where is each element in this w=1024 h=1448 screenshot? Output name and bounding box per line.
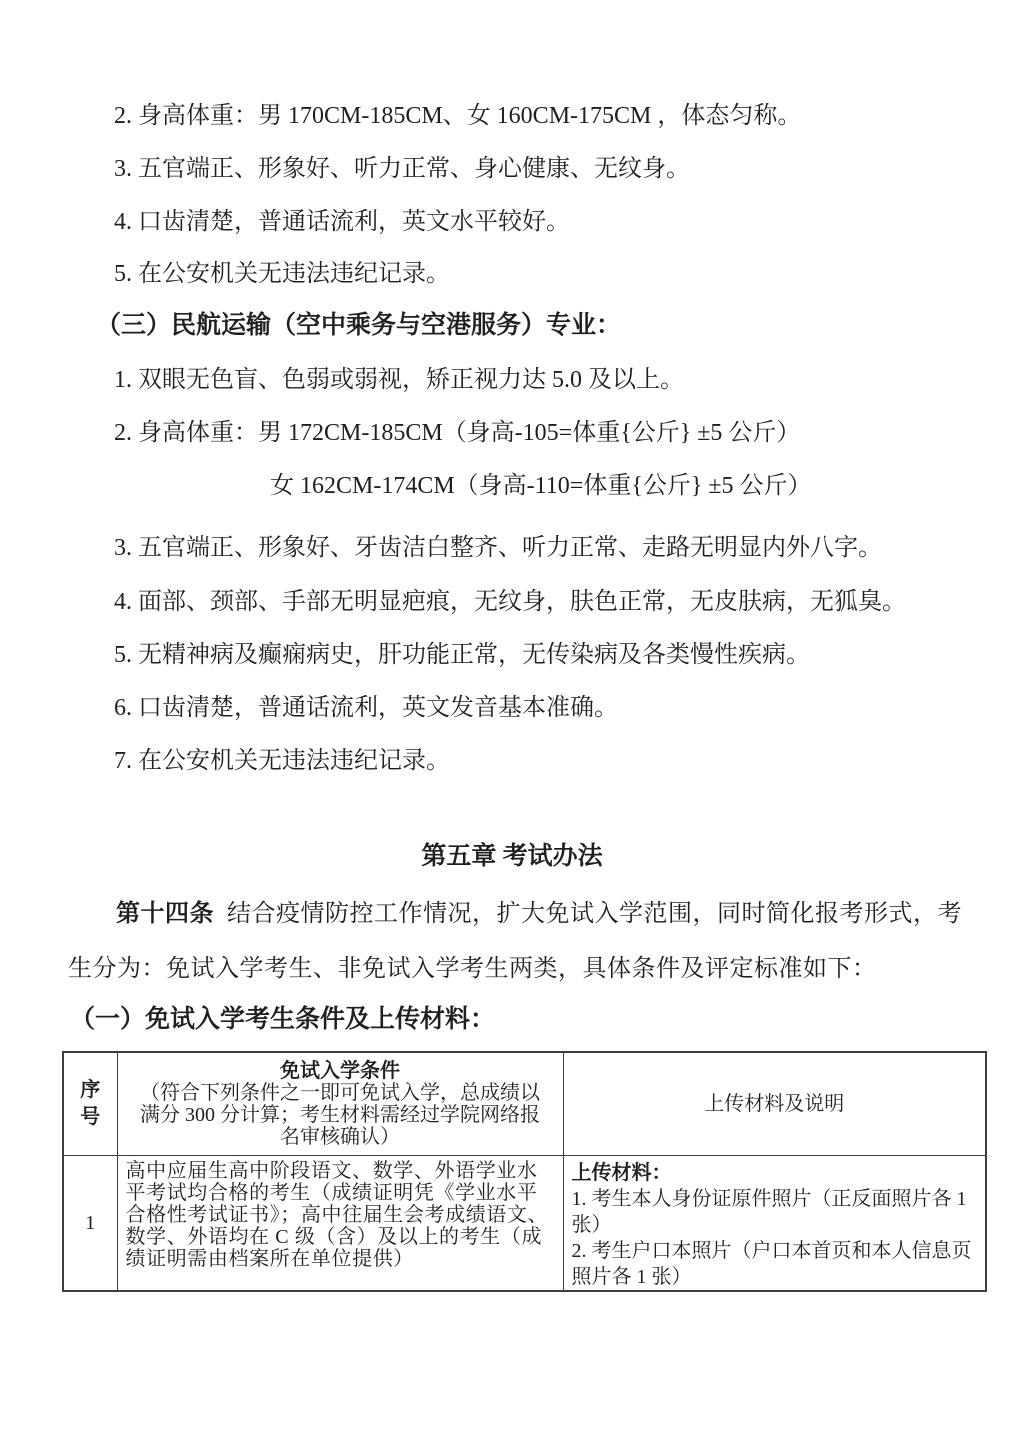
row1-number-cell: 1: [63, 1156, 117, 1292]
list-a-item-5: 5. 在公安机关无违法违纪记录。: [66, 259, 1010, 289]
list-a-item-3: 3. 五官端正、形象好、听力正常、身心健康、无纹身。: [66, 154, 1010, 184]
table-row-1: 1 高中应届生高中阶段语文、数学、外语学业水 平考试均合格的考生（成绩证明凭《学…: [63, 1156, 986, 1292]
table-header-row: 序号 免试入学条件 （符合下列条件之一即可免试入学，总成绩以 满分 300 分计…: [63, 1052, 986, 1156]
list-a-item-2: 2. 身高体重：男 170CM-185CM、女 160CM-175CM ，体态匀…: [66, 101, 1010, 131]
section-3-item-7: 7. 在公安机关无违法违纪记录。: [66, 746, 1010, 776]
article-14-label: 第十四条: [116, 901, 214, 927]
subsection-1-heading: （一）免试入学考生条件及上传材料：: [66, 1005, 966, 1035]
section-3-item-6: 6. 口齿清楚，普通话流利，英文发音基本准确。: [66, 693, 1010, 723]
row1-materials-items: 1. 考生本人身份证原件照片（正反面照片各 1 张） 2. 考生户口本照片（户口…: [572, 1186, 980, 1290]
chapter-5-title: 第五章 考试办法: [0, 842, 1024, 872]
row1-materials-cell: 上传材料： 1. 考生本人身份证原件照片（正反面照片各 1 张） 2. 考生户口…: [563, 1156, 986, 1292]
section-3-item-1: 1. 双眼无色盲、色弱或弱视，矫正视力达 5.0 及以上。: [66, 365, 1010, 395]
header-materials-label: 上传材料及说明: [704, 1093, 844, 1115]
header-cell-no: 序号: [63, 1052, 117, 1156]
header-condition-title: 免试入学条件: [118, 1060, 563, 1082]
header-no-label: 序号: [79, 1077, 101, 1131]
exemption-conditions-table: 序号 免试入学条件 （符合下列条件之一即可免试入学，总成绩以 满分 300 分计…: [62, 1051, 987, 1292]
section-3-item-2: 2. 身高体重：男 172CM-185CM（身高-105=体重{公斤} ±5 公…: [66, 418, 1010, 448]
header-cell-condition: 免试入学条件 （符合下列条件之一即可免试入学，总成绩以 满分 300 分计算；考…: [117, 1052, 563, 1156]
section-3-item-5: 5. 无精神病及癫痫病史，肝功能正常，无传染病及各类慢性疾病。: [66, 640, 1010, 670]
header-cell-materials: 上传材料及说明: [563, 1052, 986, 1156]
section-3-item-2-continuation: 女 162CM-174CM（身高-110=体重{公斤} ±5 公斤）: [66, 471, 1024, 501]
list-a-item-4: 4. 口齿清楚，普通话流利，英文水平较好。: [66, 207, 1010, 237]
row1-condition-cell: 高中应届生高中阶段语文、数学、外语学业水 平考试均合格的考生（成绩证明凭《学业水…: [117, 1156, 563, 1292]
document-page: 2. 身高体重：男 170CM-185CM、女 160CM-175CM ，体态匀…: [0, 0, 1024, 1448]
section-3-item-3: 3. 五官端正、形象好、牙齿洁白整齐、听力正常、走路无明显内外八字。: [66, 533, 1010, 563]
section-3-heading: （三）民航运输（空中乘务与空港服务）专业：: [66, 311, 992, 341]
article-14-line-1: 第十四条结合疫情防控工作情况，扩大免试入学范围，同时简化报考形式，考: [66, 899, 1012, 929]
article-14-text-1: 结合疫情防控工作情况，扩大免试入学范围，同时简化报考形式，考: [227, 901, 962, 927]
article-14-line-2: 生分为：免试入学考生、非免试入学考生两类，具体条件及评定标准如下：: [66, 954, 964, 984]
header-condition-note: （符合下列条件之一即可免试入学，总成绩以 满分 300 分计算；考生材料需经过学…: [118, 1082, 563, 1148]
row1-materials-title: 上传材料：: [572, 1160, 980, 1186]
section-3-item-4: 4. 面部、颈部、手部无明显疤痕，无纹身，肤色正常，无皮肤病，无狐臭。: [66, 587, 1010, 617]
